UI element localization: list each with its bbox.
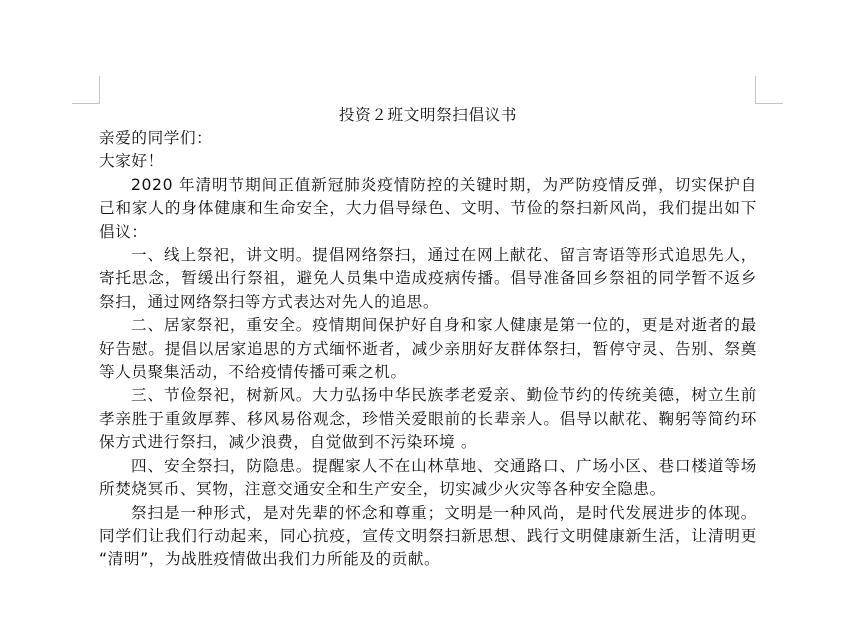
paragraph-line: 己和家人的身体健康和生命安全，大力倡导绿色、文明、节俭的祭扫新风尚，我们提出如下 bbox=[99, 197, 757, 220]
paragraph-line: 三、节俭祭祀，树新风。大力弘扬中华民族孝老爱亲、勤俭节约的传统美德，树立生前 bbox=[99, 384, 757, 407]
paragraph-line: “清明”，为战胜疫情做出我们力所能及的贡献。 bbox=[99, 548, 757, 571]
document-page: 投资２班文明祭扫倡议书 亲爱的同学们： 大家好！ 2020 年清明节期间正值新冠… bbox=[0, 0, 856, 643]
paragraph-line: 保方式进行祭扫，减少浪费，自觉做到不污染环境 。 bbox=[99, 431, 757, 454]
paragraph-line: 等人员聚集活动，不给疫情传播可乘之机。 bbox=[99, 361, 757, 384]
paragraph-home-memorial: 二、居家祭祀，重安全。疫情期间保护好自身和家人健康是第一位的，更是对逝者的最 好… bbox=[99, 314, 757, 384]
paragraph-online-memorial: 一、线上祭祀，讲文明。提倡网络祭扫，通过在网上献花、留言寄语等形式追思先人， 寄… bbox=[99, 244, 757, 314]
paragraph-line: 一、线上祭祀，讲文明。提倡网络祭扫，通过在网上献花、留言寄语等形式追思先人， bbox=[99, 244, 757, 267]
paragraph-closing: 祭扫是一种形式，是对先辈的怀念和尊重；文明是一种风尚，是时代发展进步的体现。 同… bbox=[99, 502, 757, 572]
paragraph-line: 所焚烧冥币、冥物，注意交通安全和生产安全，切实减少火灾等各种安全隐患。 bbox=[99, 478, 757, 501]
document-body[interactable]: 投资２班文明祭扫倡议书 亲爱的同学们： 大家好！ 2020 年清明节期间正值新冠… bbox=[99, 103, 757, 572]
paragraph-line: 倡议： bbox=[99, 221, 757, 244]
salutation: 亲爱的同学们： bbox=[99, 127, 757, 150]
paragraph-safe-memorial: 四、安全祭扫，防隐患。提醒家人不在山林草地、交通路口、广场小区、巷口楼道等场 所… bbox=[99, 455, 757, 502]
top-left-margin-mark bbox=[72, 76, 100, 104]
paragraph-line: 四、安全祭扫，防隐患。提醒家人不在山林草地、交通路口、广场小区、巷口楼道等场 bbox=[99, 455, 757, 478]
paragraph-line: 同学们让我们行动起来，同心抗疫，宣传文明祭扫新思想、践行文明健康新生活，让清明更 bbox=[99, 525, 757, 548]
paragraph-line: 寄托思念，暂缓出行祭祖，避免人员集中造成疫病传播。倡导准备回乡祭祖的同学暂不返乡 bbox=[99, 267, 757, 290]
document-title: 投资２班文明祭扫倡议书 bbox=[99, 103, 757, 127]
paragraph-intro: 2020 年清明节期间正值新冠肺炎疫情防控的关键时期，为严防疫情反弹，切实保护自… bbox=[99, 174, 757, 244]
paragraph-frugal-memorial: 三、节俭祭祀，树新风。大力弘扬中华民族孝老爱亲、勤俭节约的传统美德，树立生前 孝… bbox=[99, 384, 757, 454]
paragraph-line: 孝亲胜于重敛厚葬、移风易俗观念，珍惜关爱眼前的长辈亲人。倡导以献花、鞠躬等简约环 bbox=[99, 408, 757, 431]
greeting: 大家好！ bbox=[99, 150, 757, 173]
paragraph-line: 祭扫，通过网络祭扫等方式表达对先人的追思。 bbox=[99, 291, 757, 314]
paragraph-line: 二、居家祭祀，重安全。疫情期间保护好自身和家人健康是第一位的，更是对逝者的最 bbox=[99, 314, 757, 337]
paragraph-line: 2020 年清明节期间正值新冠肺炎疫情防控的关键时期，为严防疫情反弹，切实保护自 bbox=[99, 174, 757, 197]
top-right-margin-mark bbox=[755, 76, 783, 104]
paragraph-line: 好告慰。提倡以居家追思的方式缅怀逝者，减少亲朋好友群体祭扫，暂停守灵、告别、祭奠 bbox=[99, 338, 757, 361]
paragraph-line: 祭扫是一种形式，是对先辈的怀念和尊重；文明是一种风尚，是时代发展进步的体现。 bbox=[99, 502, 757, 525]
